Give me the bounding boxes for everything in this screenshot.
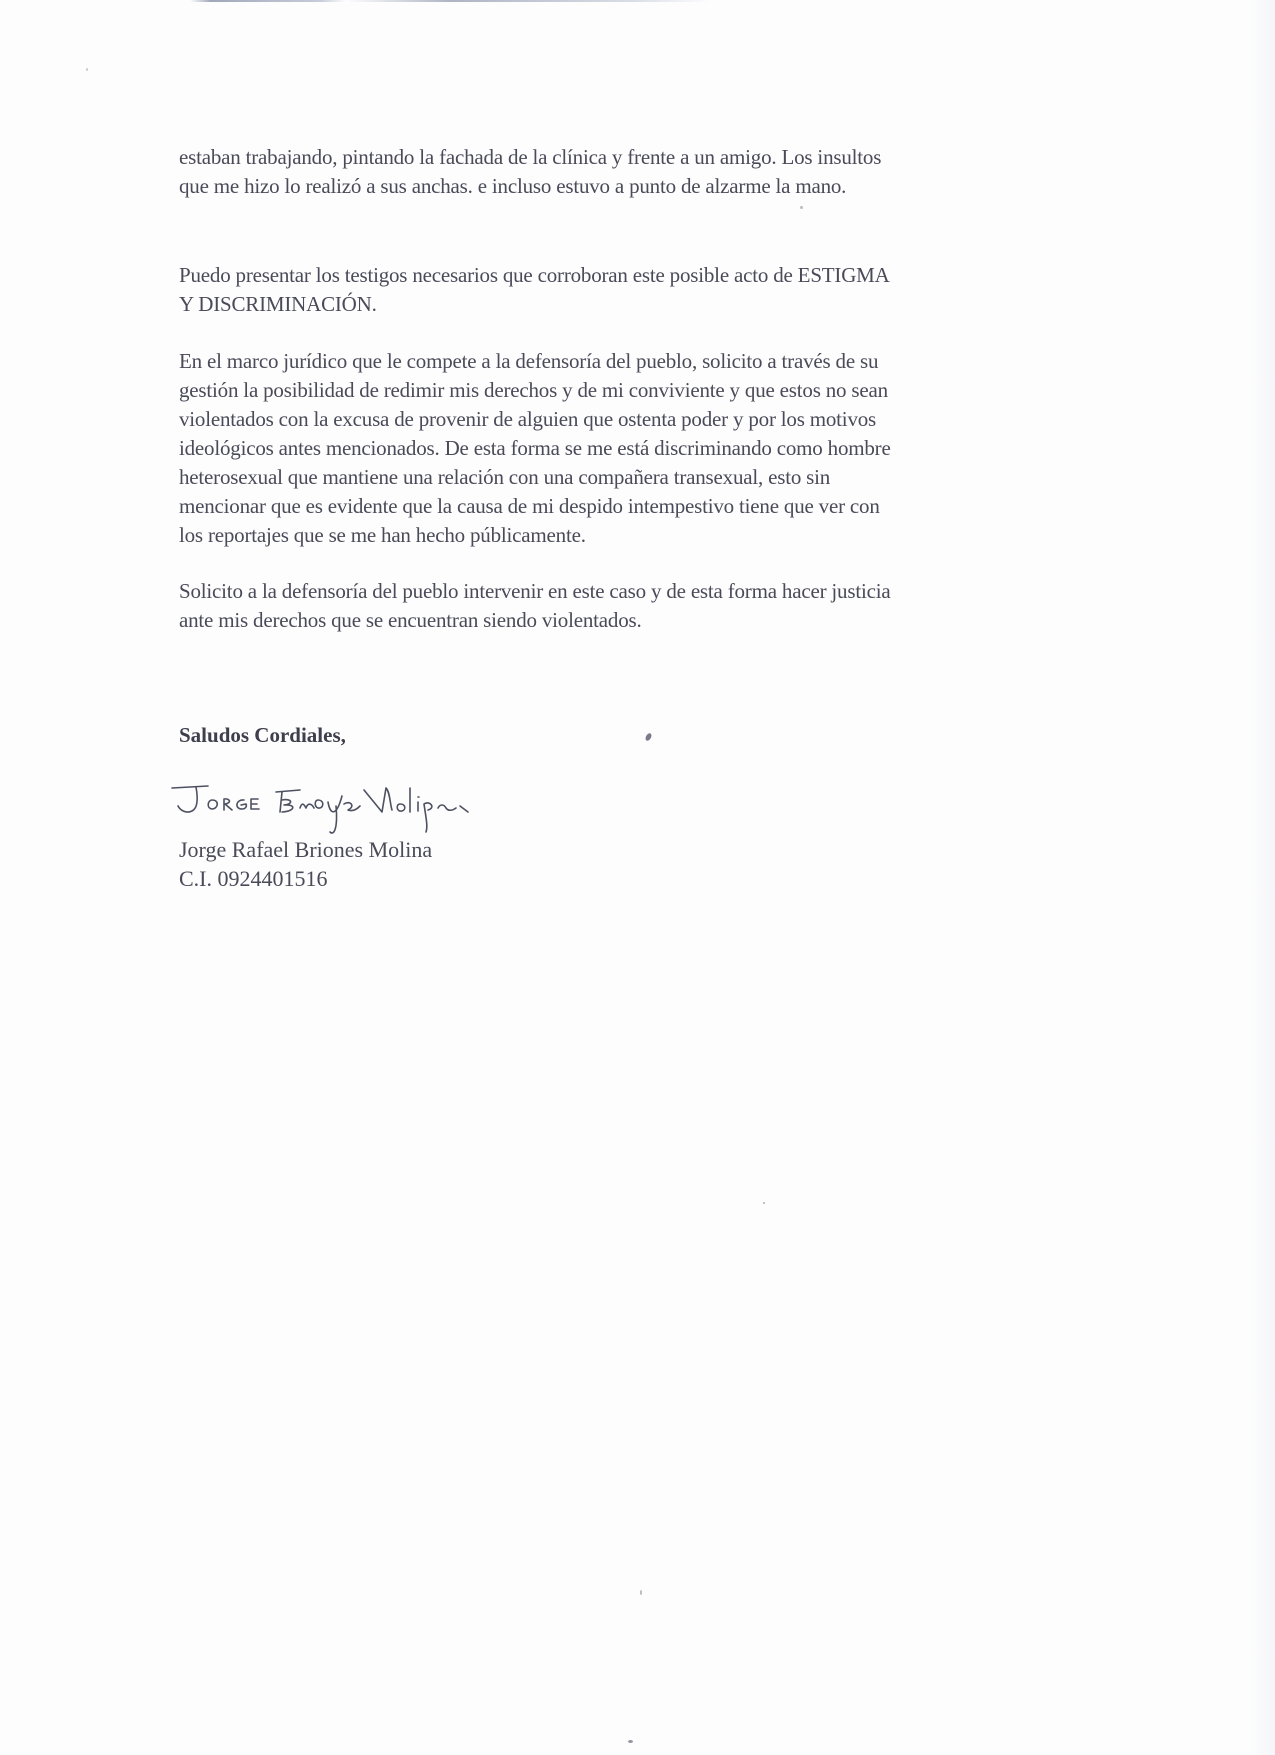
signer-id-number: C.I. 0924401516 xyxy=(179,866,328,892)
text-line: Y DISCRIMINACIÓN. xyxy=(179,290,890,319)
scan-edge-artifact xyxy=(190,0,710,2)
text-line: gestión la posibilidad de redimir mis de… xyxy=(179,376,891,405)
signer-name: Jorge Rafael Briones Molina xyxy=(179,837,432,863)
scan-shadow xyxy=(1251,0,1275,1755)
text-line: ante mis derechos que se encuentran sien… xyxy=(179,606,890,635)
paragraph: En el marco jurídico que le compete a la… xyxy=(179,347,891,550)
scan-speck xyxy=(628,1740,633,1743)
paragraph: estaban trabajando, pintando la fachada … xyxy=(179,143,881,201)
scan-speck xyxy=(86,68,88,71)
scan-speck xyxy=(800,206,803,209)
scan-speck xyxy=(763,1202,765,1204)
text-line: En el marco jurídico que le compete a la… xyxy=(179,347,891,376)
text-line: violentados con la excusa de provenir de… xyxy=(179,405,891,434)
closing-salutation: Saludos Cordiales, xyxy=(179,723,346,748)
paragraph: Solicito a la defensoría del pueblo inte… xyxy=(179,577,890,635)
text-line: mencionar que es evidente que la causa d… xyxy=(179,492,891,521)
text-line: los reportajes que se me han hecho públi… xyxy=(179,521,891,550)
scan-speck xyxy=(640,1590,642,1595)
paragraph: Puedo presentar los testigos necesarios … xyxy=(179,261,890,319)
text-line: que me hizo lo realizó a sus anchas. e i… xyxy=(179,172,881,201)
text-line: Solicito a la defensoría del pueblo inte… xyxy=(179,577,890,606)
text-line: heterosexual que mantiene una relación c… xyxy=(179,463,891,492)
text-line: Puedo presentar los testigos necesarios … xyxy=(179,261,890,290)
text-line: estaban trabajando, pintando la fachada … xyxy=(179,143,881,172)
scan-speck xyxy=(644,732,652,741)
text-line: ideológicos antes mencionados. De esta f… xyxy=(179,434,891,463)
handwritten-signature-icon xyxy=(168,778,568,838)
